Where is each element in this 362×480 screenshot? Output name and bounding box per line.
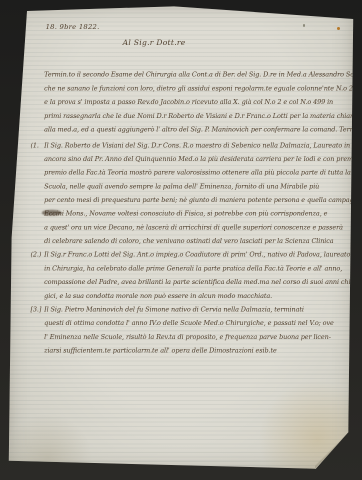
item-marker-3: [3.] xyxy=(30,304,41,318)
item-line: premio della Fac.tà Teoria mostrò parere… xyxy=(44,170,351,177)
paper-stain-speck xyxy=(303,24,305,27)
item-line: in Chirurgia, ha celebrato dalle prime G… xyxy=(44,265,342,272)
letter-salutation: Al Sig.r Dott.re xyxy=(123,39,186,48)
item-line: Il Sig. Roberto de Visiani del Sig. D.r … xyxy=(44,142,362,149)
item-paragraph-1: (1. Il Sig. Roberto de Visiani del Sig. … xyxy=(44,139,344,248)
item-line: a quest' ora un vice Decano, nè lascerà … xyxy=(44,224,343,231)
item-line: gici, e la sua condotta morale non può e… xyxy=(44,293,272,300)
item-line: l' Eminenza nelle Scuole, risultò la Rev… xyxy=(44,334,331,341)
item-line: questi di ottima condotta l' anno IV.o d… xyxy=(44,320,334,327)
ink-blot xyxy=(42,210,61,216)
item-line: Il Sig. Pietro Maninovich del fu Simone … xyxy=(44,306,304,313)
letter-paper: 18. 9bre 1822. Al Sig.r Dott.re Termin.t… xyxy=(6,4,356,472)
intro-line: e la prova s' imposta a passo Rev.do Jac… xyxy=(44,99,333,106)
item-marker-2: (2.) xyxy=(30,249,41,263)
item-line: Eccini Mons., Novame voltesi conosciuto … xyxy=(44,211,327,218)
intro-line: alla med.a, ed a questi aggiungerò l' al… xyxy=(44,126,357,133)
letter-date: 18. 9bre 1822. xyxy=(46,23,100,31)
item-line: ancora sino dal Pr. Anno del Quinquennio… xyxy=(44,156,359,163)
corner-fold xyxy=(315,435,349,469)
item-line: Il Sig.r Franc.o Lotti del Sig. Ant.o im… xyxy=(44,252,350,259)
item-line: Scuola, nelle quali avendo sempre la pal… xyxy=(44,183,319,190)
letter-body: Termin.to il secondo Esame del Chirurgia… xyxy=(44,69,344,358)
item-line: per cento mesi di prequestura parte beni… xyxy=(44,197,362,204)
intro-line: primi rassegnarla che le due Nomi D.r Ro… xyxy=(44,113,358,120)
item-paragraph-2: (2.) Il Sig.r Franc.o Lotti del Sig. Ant… xyxy=(44,249,344,304)
intro-paragraph: Termin.to il secondo Esame del Chirurgia… xyxy=(44,69,344,137)
item-marker-1: (1. xyxy=(30,139,38,153)
item-paragraph-3: [3.] Il Sig. Pietro Maninovich del fu Si… xyxy=(44,304,344,359)
intro-line: che ne sanano le funzioni con loro, diet… xyxy=(44,85,362,92)
letter-content: 18. 9bre 1822. Al Sig.r Dott.re Termin.t… xyxy=(6,4,356,472)
intro-line: Termin.to il secondo Esame del Chirurgia… xyxy=(44,72,362,79)
item-line: ziarsi sufficientem.te particolarm.te al… xyxy=(44,347,277,354)
item-line: di celebrare salendo di coloro, che veni… xyxy=(44,238,333,245)
item-line: compassione del Padre, avea brillanti la… xyxy=(44,279,362,286)
paper-stain-speck xyxy=(337,27,340,30)
